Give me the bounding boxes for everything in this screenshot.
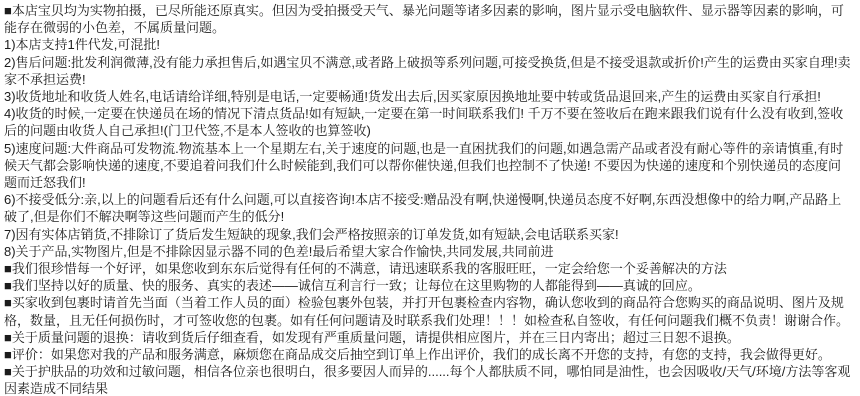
notice-line-rating-request: ■评价：如果您对我的产品和服务满意，麻烦您在商品成交后抽空到订单上作出评价，我们… — [4, 346, 854, 363]
notice-line-integrity: ■我们坚持以好的质量、快的服务、真实的表述——诚信互利言行一致；让每位在这里购物… — [4, 277, 854, 294]
notice-line-skincare-allergy: ■关于护肤品的功效和过敏问题，相信各位亲也很明白，很多要因人而异的......每… — [4, 363, 854, 396]
notice-line-rule-1: 1)本店支持1件代发,可混批! — [4, 36, 854, 53]
notice-line-photo-disclaimer: ■本店宝贝均为实物拍摄，已尽所能还原真实。但因为受拍摄受天气、暴光问题等诸多因素… — [4, 2, 854, 36]
notice-line-rule-6: 6)不接受低分:亲,以上的问题看后还有什么问题,可以直接咨询!本店不接受:赠品没… — [4, 191, 854, 225]
notice-line-rule-3: 3)收货地址和收货人姓名,电话请给详细,特别是电话,一定要畅通!货发出去后,因买… — [4, 88, 854, 105]
notice-line-rule-8: 8)关于产品,实物图片,但是不排除因显示器不同的色差!最后希望大家合作愉快,共同… — [4, 243, 854, 260]
notice-line-quality-return: ■关于质量问题的退换：请收到货后仔细查看，如发现有严重质量问题，请提供相应图片，… — [4, 329, 854, 346]
notice-line-inspection: ■买家收到包裹时请首先当面（当着工作人员的面）检验包裹外包装，并打开包裹检查内容… — [4, 294, 854, 328]
notice-line-rule-5: 5)速度问题:大件商品可发物流.物流基本上一个星期左右,关于速度的问题,也是一直… — [4, 140, 854, 192]
notice-line-rule-4: 4)收货的时候,一定要在快递员在场的情况下清点货品!如有短缺,一定要在第一时间联… — [4, 105, 854, 139]
notice-line-rule-7: 7)因有实体店销货,不排除订了货后发生短缺的现象,我们会严格按照亲的订单发货,如… — [4, 226, 854, 243]
notice-line-rule-2: 2)售后问题:批发利润微薄,没有能力承担售后,如遇宝贝不满意,或者路上破损等系列… — [4, 54, 854, 88]
notice-line-feedback: ■我们很珍惜每一个好评，如果您收到东东后觉得有任何的不满意，请迅速联系我的客服旺… — [4, 260, 854, 277]
shop-policy-notice: ■本店宝贝均为实物拍摄，已尽所能还原真实。但因为受拍摄受天气、暴光问题等诸多因素… — [0, 0, 860, 396]
